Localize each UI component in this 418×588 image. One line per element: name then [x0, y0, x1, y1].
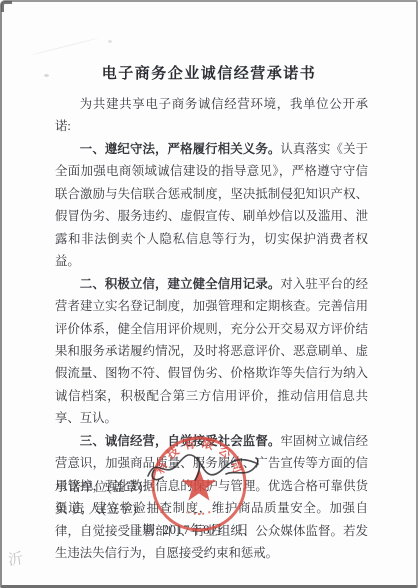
paragraph-1-text: 认真落实《关于全面加强电商领域诚信建设的指导意见》，严格遵守守信联合激励与失信联…	[55, 142, 368, 268]
intro-line: 为共建共享电子商务诚信经营环境，我单位公开承诺:	[55, 93, 368, 138]
scan-corner-artifact	[1, 1, 12, 12]
paragraph-1: 一、遵纪守法，严格履行相关义务。认真落实《关于全面加强电商领域诚信建设的指导意见…	[55, 138, 368, 273]
scan-smudge	[31, 38, 99, 56]
intro-text: 为共建共享电子商务诚信经营环境，我单位公开承诺:	[55, 97, 368, 133]
seal-number-dots	[188, 511, 211, 515]
paragraph-2-text: 对入驻平台的经营者建立实名登记制度，加强管理和定期核查。完善信用评价体系，健全信…	[55, 277, 368, 426]
scanned-document-page: 电子商务企业诚信经营承诺书 为共建共享电子商务诚信经营环境，我单位公开承诺: 一…	[0, 0, 418, 588]
paragraph-2-lead: 二、积极立信，建立健全信用记录。	[80, 277, 281, 291]
handwritten-signature	[140, 444, 270, 496]
paragraph-2: 二、积极立信，建立健全信用记录。对入驻平台的经营者建立实名登记制度，加强管理和定…	[55, 273, 368, 430]
scan-smudge	[108, 40, 112, 43]
document-title: 电子商务企业诚信经营承诺书	[0, 62, 418, 83]
pencil-mark: 沂	[7, 547, 25, 570]
paragraph-1-lead: 一、遵纪守法，严格履行相关义务。	[80, 142, 281, 156]
